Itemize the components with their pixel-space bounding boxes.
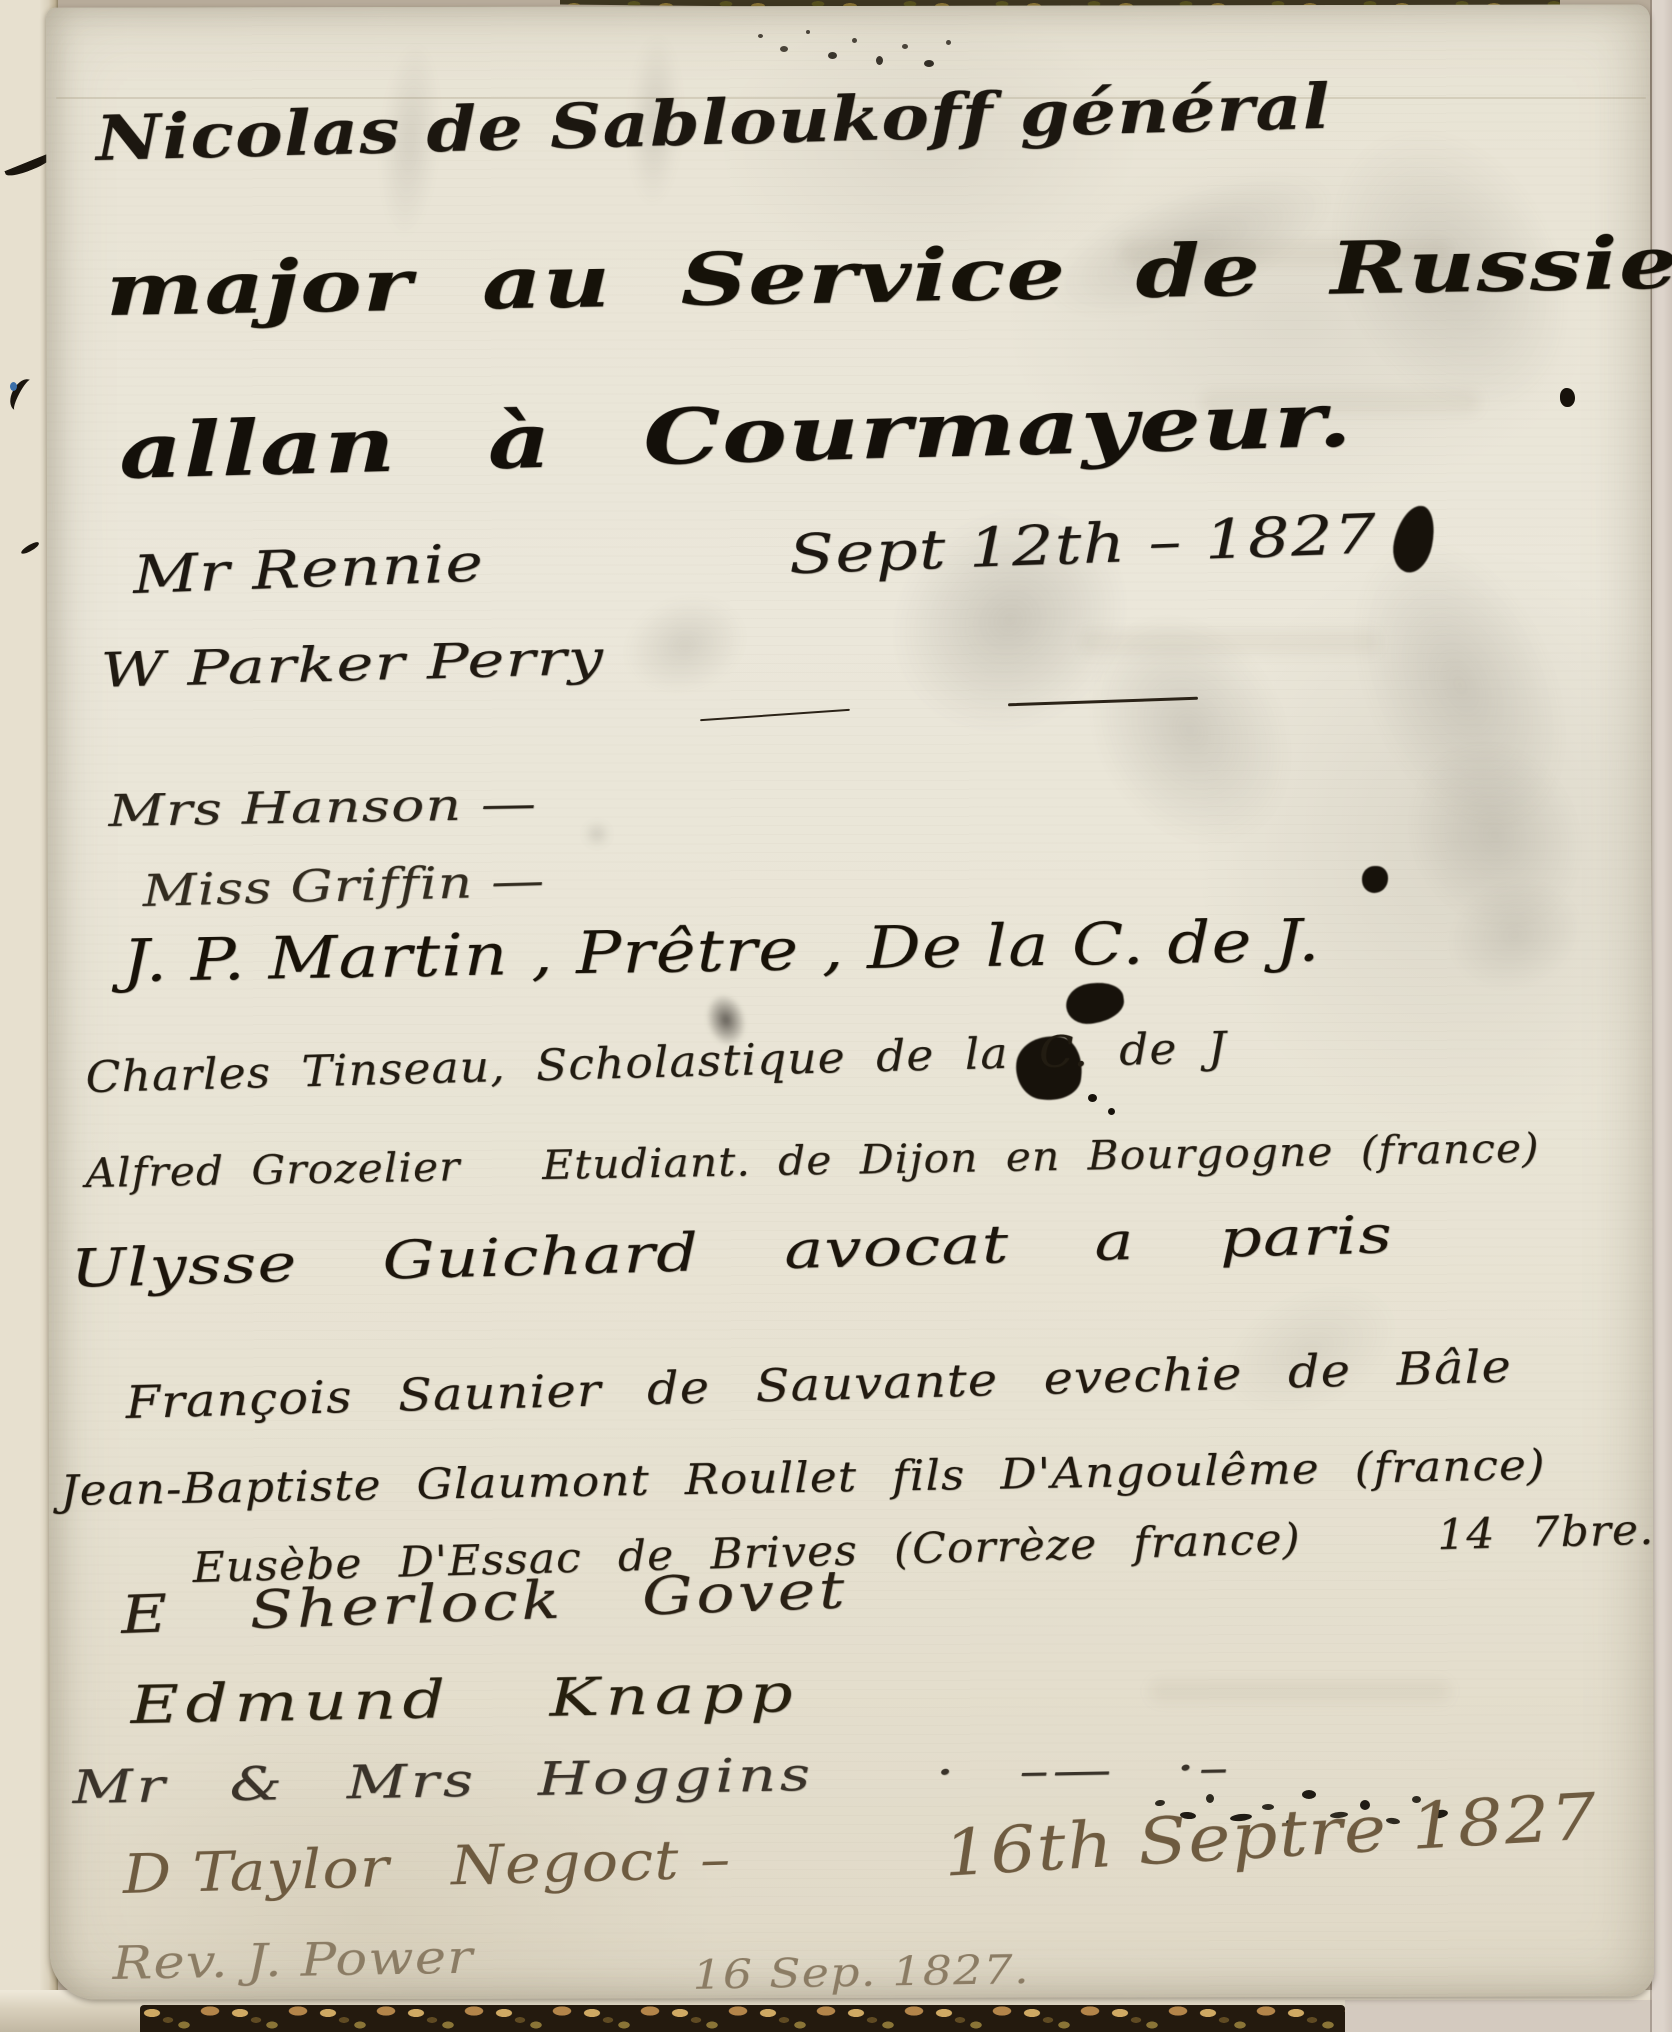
ink-speck [1088, 1094, 1097, 1102]
entry-text: Edmund Knapp [130, 1666, 799, 1735]
blue-fiber-speck [10, 382, 17, 391]
entry-text: Mr Rennie [132, 536, 485, 605]
entry-date: 16 Sep. 1827. [692, 1948, 1030, 1998]
ink-speck [828, 52, 837, 59]
entry-knapp: Edmund Knapp [130, 1666, 799, 1735]
entry-text: Mrs Hanson — [108, 781, 538, 837]
ink-speck [924, 60, 934, 67]
entry-power: Rev. J. Power 16 Sep. 1827. [112, 1922, 1030, 2008]
ink-speck [902, 44, 908, 49]
entry-griffin: Miss Griffin — [142, 857, 546, 916]
entry-text: Miss Griffin — [142, 857, 546, 916]
show-through-text [1150, 1680, 1450, 1702]
ink-speck [852, 38, 857, 43]
smudge-dot [580, 818, 614, 850]
ink-speck [758, 34, 763, 38]
page-stack-edge [1345, 2000, 1672, 2032]
entry-text: Rev. J. Power [112, 1932, 474, 1989]
show-through-text [1080, 630, 1380, 654]
entry-date: 14 7bre. 1827. [1437, 1502, 1672, 1558]
ink-speck [780, 46, 788, 52]
ink-speck [806, 30, 810, 34]
scanned-register-page: Nicolas de Sabloukoff général major au S… [0, 0, 1672, 2032]
ink-speck [876, 56, 883, 65]
marbled-cover-bottom [140, 2005, 1345, 2032]
entry-hanson: Mrs Hanson — [108, 781, 538, 837]
ink-speck [946, 40, 951, 45]
ink-speck [1108, 1108, 1115, 1115]
ink-blot-margin [1560, 388, 1575, 407]
